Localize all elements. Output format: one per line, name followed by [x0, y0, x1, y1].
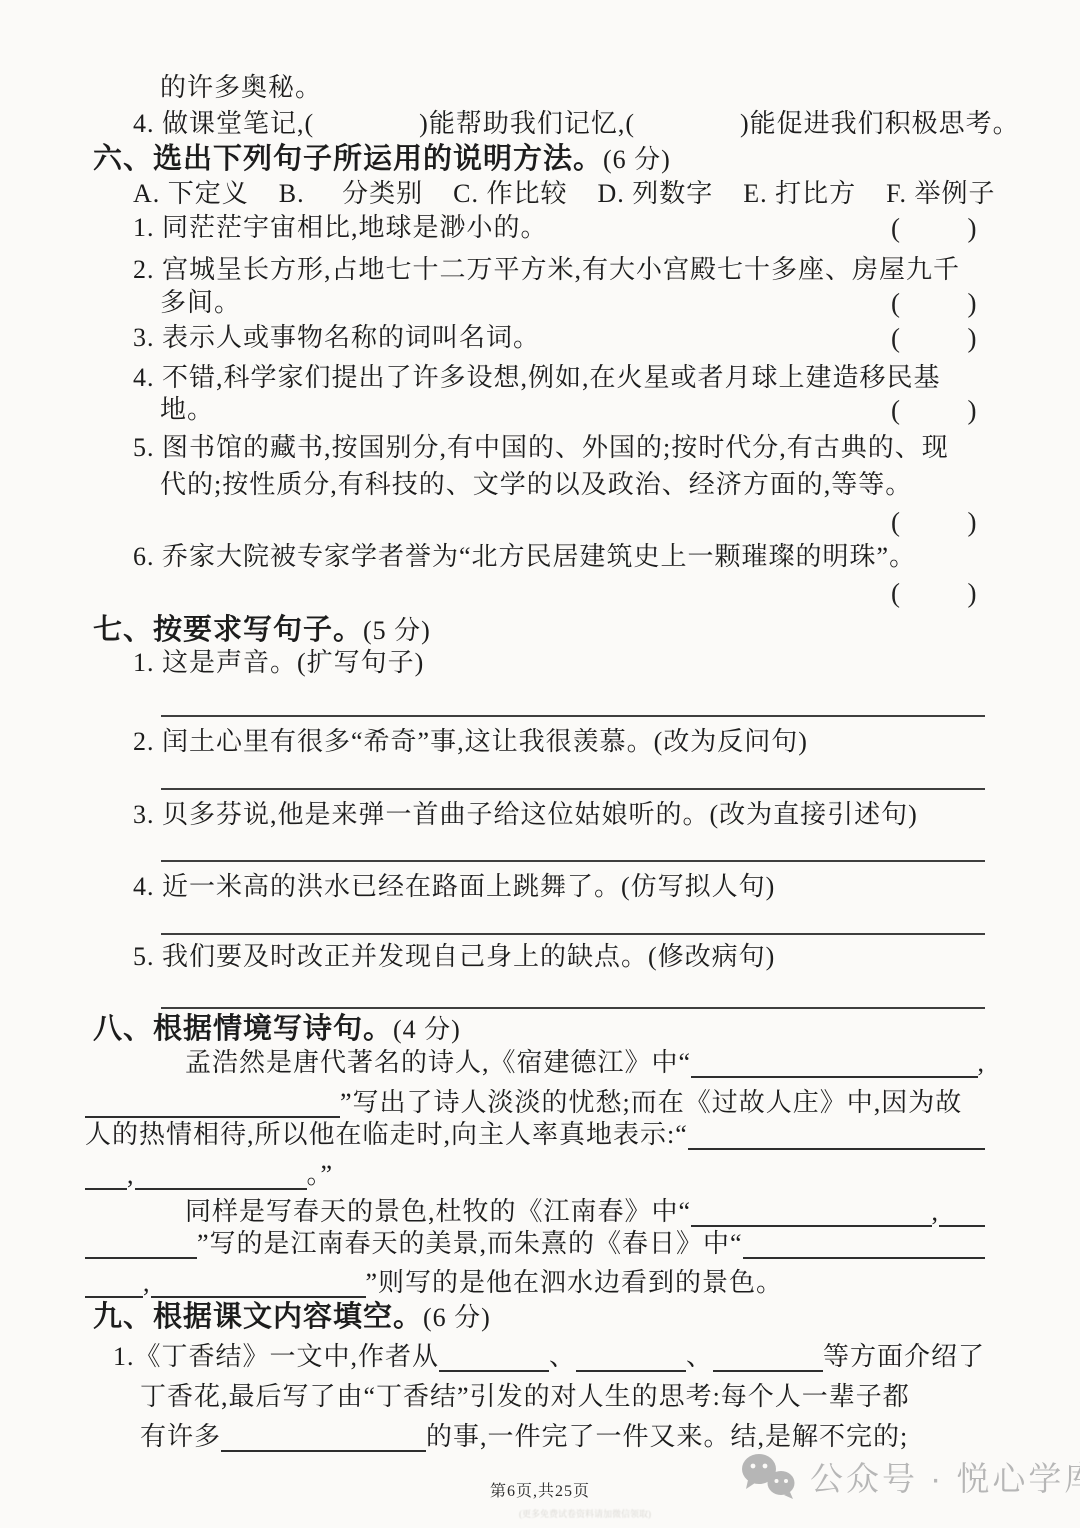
poem-text: 人的热情相待,所以他在临走时,向主人率真地表示:“ — [85, 1117, 688, 1153]
section-9-title: 九、根据课文内容填空。 — [93, 1301, 423, 1333]
answer-line — [161, 860, 985, 862]
question-line: 6. 乔家大院被专家学者誉为“北方民居建筑史上一颗璀璨的明珠”。 — [133, 539, 916, 575]
answer-blank — [691, 1076, 977, 1078]
answer-blank — [151, 1296, 366, 1298]
punct: , — [978, 1045, 986, 1081]
answer-paren: ( ) — [891, 285, 976, 321]
answer-blank — [713, 1370, 823, 1372]
question-line: 1. 同茫茫宇宙相比,地球是渺小的。 — [133, 210, 548, 246]
poem-text: 同样是写春天的景色,杜牧的《江南春》中“ — [185, 1194, 691, 1230]
punct: , — [143, 1265, 151, 1301]
question-line: 4. 不错,科学家们提出了许多设想,例如,在火星或者月球上建造移民基 — [133, 360, 941, 396]
wechat-watermark: 公众号 · 悦心学库 — [740, 1452, 1080, 1500]
poem-line: , 。” — [85, 1157, 333, 1193]
answer-blank — [688, 1148, 985, 1150]
section-7-heading: 七、按要求写句子。(5 分) — [93, 612, 431, 649]
section-8-score: (4 分) — [393, 1015, 461, 1044]
answer-line — [161, 933, 985, 935]
question-line: 1.《丁香结》一文中,作者从 、 、 等方面介绍了 — [113, 1339, 985, 1375]
punct: 。” — [307, 1157, 334, 1193]
section-6-heading: 六、选出下列句子所运用的说明方法。(6 分) — [93, 141, 671, 178]
punct: , — [127, 1157, 135, 1193]
section-9-score: (6 分) — [423, 1303, 491, 1332]
answer-blank — [743, 1257, 985, 1259]
answer-blank — [576, 1370, 686, 1372]
section-6-title: 六、选出下列句子所运用的说明方法。 — [93, 143, 603, 175]
punct: 、 — [549, 1339, 576, 1375]
answer-paren: ( ) — [891, 575, 976, 611]
question-line: 有许多 的事,一件完了一件又来。结,是解不完的; — [140, 1419, 908, 1455]
question-line: 丁香花,最后写了由“丁香结”引发的对人生的思考:每个人一辈子都 — [140, 1379, 910, 1415]
answer-paren: ( ) — [891, 210, 976, 246]
answer-paren: ( ) — [891, 504, 976, 540]
section-8-title: 八、根据情境写诗句。 — [93, 1013, 393, 1045]
section-6-options: A. 下定义 B. 分类别 C. 作比较 D. 列数字 E. 打比方 F. 举例… — [133, 176, 996, 212]
question-line: 5. 我们要及时改正并发现自己身上的缺点。(修改病句) — [133, 939, 775, 975]
poem-line: 孟浩然是唐代著名的诗人,《宿建德江》中“ , — [185, 1045, 985, 1081]
question-line: 2. 宫城呈长方形,占地七十二万平方米,有大小宫殿七十多座、房屋九千 — [133, 252, 960, 288]
question-text: 有许多 — [140, 1419, 221, 1455]
answer-line — [161, 715, 985, 717]
answer-blank — [85, 1188, 127, 1190]
watermark-label: 公众号 · 悦心学库 — [810, 1453, 1080, 1500]
poem-line: ”写出了诗人淡淡的忧愁;而在《过故人庄》中,因为故 — [85, 1085, 985, 1121]
poem-line: , ”则写的是他在泗水边看到的景色。 — [85, 1265, 783, 1301]
punct: 、 — [686, 1339, 713, 1375]
question-line: 地。 — [160, 392, 214, 428]
question-line: 1. 这是声音。(扩写句子) — [133, 645, 424, 681]
question-line: 3. 贝多芬说,他是来弹一首曲子给这位姑娘听的。(改为直接引述句) — [133, 797, 918, 833]
poem-line: 人的热情相待,所以他在临走时,向主人率真地表示:“ — [85, 1117, 985, 1153]
poem-text: ”写出了诗人淡淡的忧愁;而在《过故人庄》中,因为故 — [340, 1085, 962, 1121]
question-line: 代的;按性质分,有科技的、文学的以及政治、经济方面的,等等。 — [160, 467, 912, 503]
section-9-heading: 九、根据课文内容填空。(6 分) — [93, 1299, 491, 1336]
question-text: 的事,一件完了一件又来。结,是解不完的; — [426, 1419, 908, 1455]
wechat-icon — [740, 1452, 798, 1500]
carryover-line: 的许多奥秘。 — [160, 70, 322, 106]
poem-text: ”则写的是他在泗水边看到的景色。 — [366, 1265, 784, 1301]
poem-text: 孟浩然是唐代著名的诗人,《宿建德江》中“ — [185, 1045, 691, 1081]
poem-line: 同样是写春天的景色,杜牧的《江南春》中“ , — [185, 1194, 985, 1230]
fineprint: (更多免费试卷资料请加微信领取) — [90, 1507, 1080, 1520]
poem-text: ”写的是江南春天的美景,而朱熹的《春日》中“ — [197, 1226, 743, 1262]
question-text: 1.《丁香结》一文中,作者从 — [113, 1339, 439, 1375]
exam-page: 的许多奥秘。 4. 做课堂笔记,( )能帮助我们记忆,( )能促进我们积极思考。… — [0, 0, 1080, 1528]
answer-blank — [221, 1450, 426, 1452]
question-text: 等方面介绍了 — [823, 1339, 985, 1375]
question-line: 2. 闰土心里有很多“希奇”事,这让我很羡慕。(改为反问句) — [133, 724, 808, 760]
question-notes-fill-blank: 4. 做课堂笔记,( )能帮助我们记忆,( )能促进我们积极思考。 — [133, 106, 1020, 142]
question-line: 多间。 — [160, 285, 241, 321]
answer-blank — [85, 1257, 197, 1259]
answer-blank — [85, 1296, 143, 1298]
answer-paren: ( ) — [891, 392, 976, 428]
question-line: 5. 图书馆的藏书,按国别分,有中国的、外国的;按时代分,有古典的、现 — [133, 430, 949, 466]
section-8-heading: 八、根据情境写诗句。(4 分) — [93, 1011, 461, 1048]
punct: , — [932, 1194, 940, 1230]
question-line: 4. 近一米高的洪水已经在路面上跳舞了。(仿写拟人句) — [133, 869, 775, 905]
answer-paren: ( ) — [891, 320, 976, 356]
answer-blank — [439, 1370, 549, 1372]
answer-line — [161, 788, 985, 790]
section-7-score: (5 分) — [363, 616, 431, 645]
poem-line: ”写的是江南春天的美景,而朱熹的《春日》中“ — [85, 1226, 985, 1262]
section-7-title: 七、按要求写句子。 — [93, 614, 363, 646]
answer-blank — [135, 1188, 307, 1190]
question-line: 3. 表示人或事物名称的词叫名词。 — [133, 320, 540, 356]
section-6-score: (6 分) — [603, 145, 671, 174]
answer-line — [161, 1007, 985, 1009]
